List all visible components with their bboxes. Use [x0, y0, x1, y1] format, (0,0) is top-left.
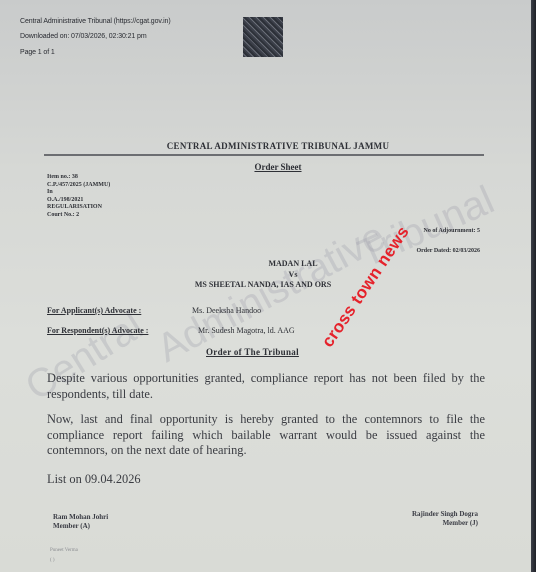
- order-paragraph-1: Despite various opportunities granted, c…: [47, 371, 485, 402]
- court-no: Court No.: 2: [47, 212, 110, 220]
- page-indicator: Page 1 of 1: [20, 49, 55, 56]
- title-divider: [44, 154, 484, 156]
- signatory-right: Rajinder Singh Dogra Member (J): [412, 510, 478, 528]
- signatory-left-name: Ram Mohan Johri: [53, 513, 108, 522]
- applicant-name: MADAN LAL: [0, 259, 536, 270]
- versus: Vs: [0, 270, 536, 281]
- parties: MADAN LAL Vs MS SHEETAL NANDA, IAS AND O…: [0, 259, 536, 291]
- subject: REGULARISATION: [47, 204, 110, 212]
- list-on-date: List on 09.04.2026: [47, 472, 141, 487]
- signatory-left: Ram Mohan Johri Member (A): [53, 513, 108, 531]
- downloaded-timestamp: Downloaded on: 07/03/2026, 02:30:21 pm: [20, 33, 147, 40]
- document-title: CENTRAL ADMINISTRATIVE TRIBUNAL JAMMU: [0, 141, 536, 151]
- signatory-right-name: Rajinder Singh Dogra: [412, 510, 478, 519]
- footer-note-2: ( ): [50, 556, 55, 565]
- signatory-right-role: Member (J): [412, 519, 478, 528]
- applicant-advocate-label: For Applicant(s) Advocate :: [47, 306, 141, 315]
- oa-no: O.A./198/2021: [47, 197, 110, 205]
- order-heading: Order of The Tribunal: [206, 347, 299, 357]
- qr-code-icon: [243, 17, 283, 57]
- order-paragraph-2: Now, last and final opportunity is hereb…: [47, 412, 485, 459]
- adjournments: No of Adjournment: 5: [424, 228, 481, 234]
- respondent-advocate-label: For Respondent(s) Advocate :: [47, 326, 148, 335]
- item-no: Item no.: 38: [47, 174, 110, 182]
- cp-no: C.P./457/2025 (JAMMU): [47, 182, 110, 190]
- footer-note: Puneet Verma: [50, 546, 78, 555]
- respondent-name: MS SHEETAL NANDA, IAS AND ORS: [0, 280, 536, 291]
- in-label: In: [47, 189, 110, 197]
- respondent-advocate: Mr. Sudesh Magotra, ld. AAG: [198, 326, 295, 335]
- case-meta: Item no.: 38 C.P./457/2025 (JAMMU) In O.…: [47, 174, 110, 219]
- applicant-advocate: Ms. Deeksha Handoo: [192, 306, 261, 315]
- source-line: Central Administrative Tribunal (https:/…: [20, 18, 171, 25]
- signatory-left-role: Member (A): [53, 522, 108, 531]
- document-subtitle: Order Sheet: [0, 162, 536, 172]
- order-dated: Order Dated: 02/03/2026: [416, 248, 480, 254]
